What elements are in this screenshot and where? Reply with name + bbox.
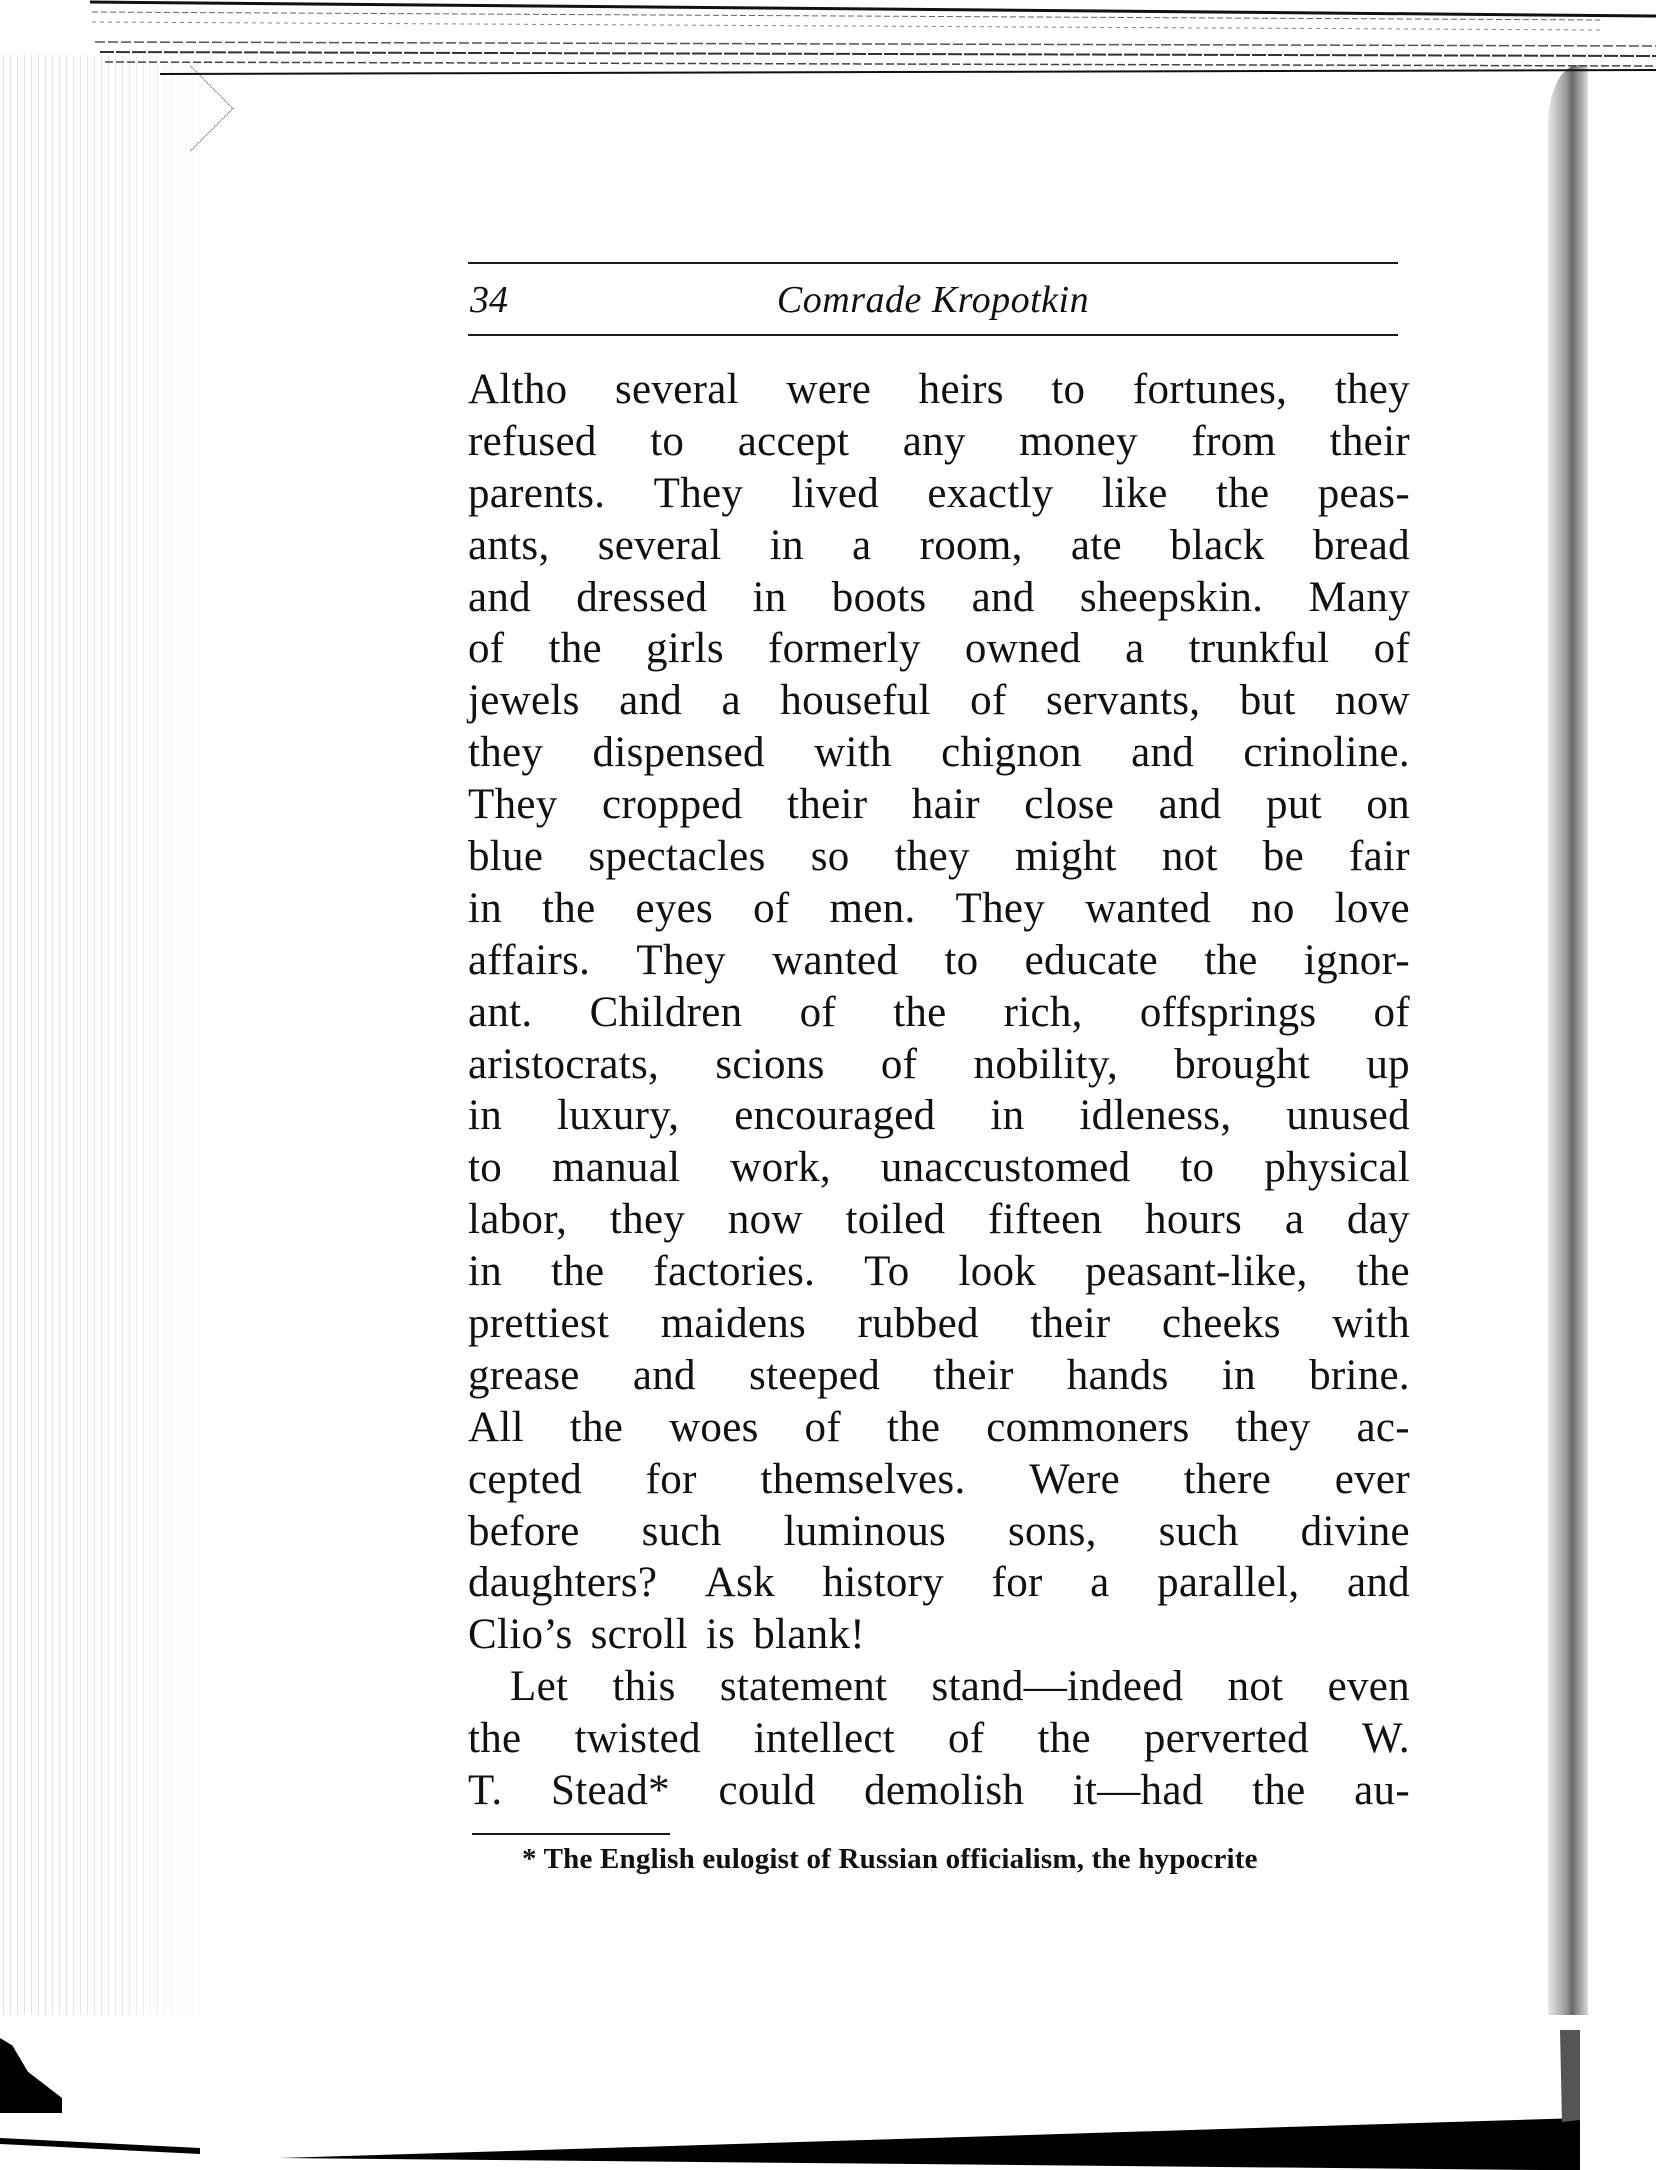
- word: their: [933, 1350, 1013, 1402]
- word: divine: [1301, 1506, 1410, 1558]
- word: sheepskin.: [1080, 572, 1263, 624]
- word: All: [468, 1402, 524, 1454]
- word: au-: [1354, 1765, 1410, 1817]
- word: cropped: [602, 779, 743, 831]
- word: before: [468, 1506, 580, 1558]
- word: the: [542, 883, 595, 935]
- word: might: [1015, 831, 1117, 883]
- word: and: [1347, 1557, 1410, 1609]
- word: men.: [830, 883, 916, 935]
- word: ever: [1335, 1454, 1410, 1506]
- word: they: [610, 1194, 685, 1246]
- text-line: affairs.Theywantedtoeducatetheignor-: [468, 935, 1410, 987]
- word: of: [1374, 623, 1410, 675]
- word: this: [612, 1661, 675, 1713]
- word: their: [787, 779, 867, 831]
- word: of: [881, 1039, 917, 1091]
- word: day: [1347, 1194, 1410, 1246]
- text-line: thetwistedintellectofthepervertedW.: [468, 1713, 1410, 1765]
- word: intellect: [754, 1713, 895, 1765]
- word: physical: [1264, 1142, 1410, 1194]
- word: were: [786, 364, 871, 416]
- word: They: [636, 935, 726, 987]
- word: in: [468, 1090, 502, 1142]
- word: on: [1366, 779, 1410, 831]
- word: scroll: [591, 1609, 688, 1661]
- word: hands: [1067, 1350, 1169, 1402]
- text-line: Allthewoesofthecommonerstheyac-: [468, 1402, 1410, 1454]
- word: offsprings: [1140, 987, 1317, 1039]
- text-line: ofthegirlsformerlyownedatrunkfulof: [468, 623, 1410, 675]
- text-line: T.Stead*coulddemolishit—hadtheau-: [468, 1765, 1410, 1817]
- word: and: [633, 1350, 696, 1402]
- word: woes: [669, 1402, 759, 1454]
- word: peas-: [1318, 468, 1410, 520]
- word: sons,: [1008, 1506, 1097, 1558]
- word: peasant-like,: [1085, 1246, 1307, 1298]
- word: the: [548, 623, 601, 675]
- word: with: [814, 727, 892, 779]
- word: for: [646, 1454, 697, 1506]
- word: Altho: [468, 364, 567, 416]
- word: with: [1332, 1298, 1410, 1350]
- word: the: [570, 1402, 623, 1454]
- word: statement: [720, 1661, 887, 1713]
- text-line: ants,severalinaroom,ateblackbread: [468, 520, 1410, 572]
- word: educate: [1025, 935, 1158, 987]
- word: servants,: [1046, 675, 1200, 727]
- word: to: [1180, 1142, 1214, 1194]
- word: the: [1357, 1246, 1410, 1298]
- word: the: [468, 1713, 521, 1765]
- word: a: [1125, 623, 1144, 675]
- word: Clio’s: [468, 1609, 573, 1661]
- word: any: [903, 416, 966, 468]
- word: heirs: [919, 364, 1004, 416]
- word: Let: [510, 1661, 568, 1713]
- word: to: [468, 1142, 502, 1194]
- word: twisted: [574, 1713, 700, 1765]
- text-line: beforesuchluminoussons,suchdivine: [468, 1506, 1410, 1558]
- word: ac-: [1357, 1402, 1410, 1454]
- word: a: [852, 520, 871, 572]
- text-line: greaseandsteepedtheirhandsinbrine.: [468, 1350, 1410, 1402]
- word: Were: [1029, 1454, 1120, 1506]
- word: be: [1263, 831, 1304, 883]
- word: factories.: [653, 1246, 815, 1298]
- word: no: [1251, 883, 1295, 935]
- word: money: [1019, 416, 1138, 468]
- word: it—had: [1073, 1765, 1204, 1817]
- book-page: 34 Comrade Kropotkin Althoseveralwerehei…: [468, 262, 1410, 1876]
- word: dressed: [576, 572, 707, 624]
- word: now: [728, 1194, 803, 1246]
- word: labor,: [468, 1194, 567, 1246]
- word: and: [468, 572, 531, 624]
- word: boots: [832, 572, 927, 624]
- word: T.: [468, 1765, 502, 1817]
- word: fair: [1349, 831, 1410, 883]
- word: demolish: [864, 1765, 1024, 1817]
- word: so: [811, 831, 850, 883]
- word: prettiest: [468, 1298, 609, 1350]
- word: the: [1037, 1713, 1090, 1765]
- word: Many: [1308, 572, 1410, 624]
- text-line: tomanualwork,unaccustomedtophysical: [468, 1142, 1410, 1194]
- word: love: [1335, 883, 1410, 935]
- word: in: [990, 1090, 1024, 1142]
- word: the: [551, 1246, 604, 1298]
- word: scions: [715, 1039, 824, 1091]
- word: unused: [1286, 1090, 1410, 1142]
- word: They: [468, 779, 558, 831]
- word: luxury,: [557, 1090, 679, 1142]
- word: chignon: [941, 727, 1082, 779]
- word: They: [956, 883, 1046, 935]
- word: nobility,: [974, 1039, 1118, 1091]
- word: work,: [730, 1142, 831, 1194]
- word: history: [823, 1557, 945, 1609]
- word: a: [721, 675, 740, 727]
- word: and: [972, 572, 1035, 624]
- word: exactly: [927, 468, 1053, 520]
- word: they: [1235, 1402, 1310, 1454]
- text-line: ceptedforthemselves.Werethereever: [468, 1454, 1410, 1506]
- word: daughters?: [468, 1557, 657, 1609]
- word: Stead*: [551, 1765, 670, 1817]
- word: stand—indeed: [931, 1661, 1183, 1713]
- word: ant.: [468, 987, 532, 1039]
- word: luminous: [784, 1506, 946, 1558]
- word: the: [887, 1402, 940, 1454]
- book-spine-shadow-right: [1548, 65, 1588, 2015]
- word: the: [1252, 1765, 1305, 1817]
- word: houseful: [780, 675, 931, 727]
- running-head: 34 Comrade Kropotkin: [468, 264, 1410, 334]
- word: brought: [1174, 1039, 1310, 1091]
- word: formerly: [768, 623, 921, 675]
- word: they: [895, 831, 970, 883]
- word: parallel,: [1157, 1557, 1299, 1609]
- word: black: [1170, 520, 1265, 572]
- text-line: Althoseveralwereheirstofortunes,they: [468, 364, 1410, 416]
- word: the: [1204, 935, 1257, 987]
- word: affairs.: [468, 935, 590, 987]
- word: commoners: [986, 1402, 1189, 1454]
- word: but: [1240, 675, 1296, 727]
- word: fortunes,: [1133, 364, 1287, 416]
- word: rich,: [1004, 987, 1083, 1039]
- word: several: [615, 364, 739, 416]
- word: owned: [965, 623, 1081, 675]
- word: of: [1374, 987, 1410, 1039]
- word: unaccustomed: [881, 1142, 1131, 1194]
- word: for: [992, 1557, 1043, 1609]
- word: cepted: [468, 1454, 582, 1506]
- word: and: [1159, 779, 1222, 831]
- word: in: [770, 520, 804, 572]
- word: spectacles: [588, 831, 765, 883]
- word: cheeks: [1162, 1298, 1281, 1350]
- word: several: [598, 520, 722, 572]
- text-line: inluxury,encouragedinidleness,unused: [468, 1090, 1410, 1142]
- word: in: [468, 1246, 502, 1298]
- text-line: anddressedinbootsandsheepskin.Many: [468, 572, 1410, 624]
- word: Children: [590, 987, 743, 1039]
- word: W.: [1362, 1713, 1410, 1765]
- text-line: Theycroppedtheirhaircloseandputon: [468, 779, 1410, 831]
- text-line: inthefactories.Tolookpeasant-like,the: [468, 1246, 1410, 1298]
- word: is: [706, 1609, 735, 1661]
- word: could: [718, 1765, 815, 1817]
- text-line: aristocrats,scionsofnobility,broughtup: [468, 1039, 1410, 1091]
- text-line: bluespectaclessotheymightnotbefair: [468, 831, 1410, 883]
- word: wanted: [772, 935, 898, 987]
- word: close: [1024, 779, 1114, 831]
- word: They: [654, 468, 744, 520]
- footnote-rule: [472, 1833, 670, 1835]
- word: up: [1366, 1039, 1410, 1091]
- text-line: parents.Theylivedexactlylikethepeas-: [468, 468, 1410, 520]
- word: the: [1216, 468, 1269, 520]
- word: they: [468, 727, 543, 779]
- text-line: labor,theynowtoiledfifteenhoursaday: [468, 1194, 1410, 1246]
- body-text: Althoseveralwereheirstofortunes,they ref…: [468, 364, 1410, 1817]
- word: blue: [468, 831, 543, 883]
- word: of: [468, 623, 504, 675]
- word: aristocrats,: [468, 1039, 659, 1091]
- word: manual: [552, 1142, 680, 1194]
- word: of: [970, 675, 1006, 727]
- word: in: [468, 883, 502, 935]
- paragraph-first-line: Letthisstatementstand—indeednoteven: [468, 1661, 1410, 1713]
- word: eyes: [635, 883, 713, 935]
- word: brine.: [1309, 1350, 1410, 1402]
- word: crinoline.: [1243, 727, 1410, 779]
- word: idleness,: [1079, 1090, 1231, 1142]
- word: even: [1328, 1661, 1410, 1713]
- word: like: [1102, 468, 1168, 520]
- word: to: [650, 416, 684, 468]
- word: put: [1266, 779, 1322, 831]
- word: there: [1184, 1454, 1271, 1506]
- word: they: [1335, 364, 1410, 416]
- word: perverted: [1144, 1713, 1309, 1765]
- word: steeped: [749, 1350, 880, 1402]
- word: not: [1228, 1661, 1284, 1713]
- word: such: [1159, 1506, 1239, 1558]
- word: room,: [920, 520, 1023, 572]
- running-title: Comrade Kropotkin: [468, 278, 1398, 322]
- word: jewels: [468, 675, 580, 727]
- text-line: theydispensedwithchignonandcrinoline.: [468, 727, 1410, 779]
- word: of: [753, 883, 789, 935]
- word: To: [864, 1246, 909, 1298]
- word: to: [944, 935, 978, 987]
- word: ate: [1071, 520, 1122, 572]
- word: the: [893, 987, 946, 1039]
- word: Ask: [705, 1557, 775, 1609]
- text-line: ant.Childrenoftherich,offspringsof: [468, 987, 1410, 1039]
- word: ants,: [468, 520, 550, 572]
- word: lived: [792, 468, 879, 520]
- word: of: [800, 987, 836, 1039]
- word: fifteen: [988, 1194, 1102, 1246]
- word: their: [1330, 416, 1410, 468]
- text-line: daughters?Askhistoryforaparallel,and: [468, 1557, 1410, 1609]
- word: of: [805, 1402, 841, 1454]
- word: toiled: [846, 1194, 946, 1246]
- paragraph-last-line: Clio’sscrollisblank!: [468, 1609, 1410, 1661]
- word: grease: [468, 1350, 580, 1402]
- word: accept: [738, 416, 850, 468]
- text-line: prettiestmaidensrubbedtheircheekswith: [468, 1298, 1410, 1350]
- word: parents.: [468, 468, 605, 520]
- word: maidens: [661, 1298, 806, 1350]
- word: their: [1030, 1298, 1110, 1350]
- word: refused: [468, 416, 597, 468]
- word: from: [1191, 416, 1276, 468]
- word: hours: [1145, 1194, 1242, 1246]
- word: now: [1335, 675, 1410, 727]
- word: of: [948, 1713, 984, 1765]
- word: a: [1285, 1194, 1304, 1246]
- book-page-edges-fade: [0, 55, 200, 2015]
- word: bread: [1313, 520, 1410, 572]
- word: hair: [912, 779, 980, 831]
- word: themselves.: [760, 1454, 965, 1506]
- word: and: [1131, 727, 1194, 779]
- word: a: [1090, 1557, 1109, 1609]
- word: to: [1051, 364, 1085, 416]
- word: look: [959, 1246, 1037, 1298]
- footnote: * The English eulogist of Russian offici…: [522, 1843, 1410, 1876]
- word: in: [1222, 1350, 1256, 1402]
- word: rubbed: [858, 1298, 979, 1350]
- word: trunkful: [1189, 623, 1330, 675]
- word: wanted: [1085, 883, 1211, 935]
- word: ignor-: [1304, 935, 1410, 987]
- scan-top-edge-lines: [0, 0, 1656, 80]
- word: blank!: [753, 1609, 865, 1661]
- word: not: [1162, 831, 1218, 883]
- word: and: [619, 675, 682, 727]
- word: dispensed: [593, 727, 765, 779]
- word: encouraged: [734, 1090, 935, 1142]
- text-line: intheeyesofmen.Theywantednolove: [468, 883, 1410, 935]
- text-line: jewelsandahousefulofservants,butnow: [468, 675, 1410, 727]
- scan-bottom-shadow: [0, 2030, 1656, 2170]
- word: such: [642, 1506, 722, 1558]
- running-head-bottom-rule: [468, 334, 1398, 336]
- word: in: [753, 572, 787, 624]
- word: girls: [646, 623, 724, 675]
- text-line: refusedtoacceptanymoneyfromtheir: [468, 416, 1410, 468]
